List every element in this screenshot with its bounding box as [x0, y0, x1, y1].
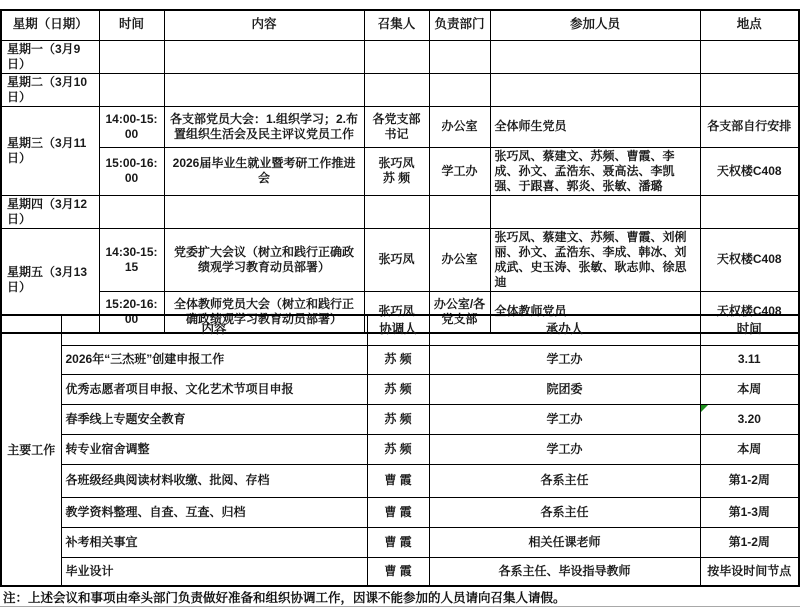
event-location: 各支部自行安排	[700, 106, 799, 147]
event-participants: 全体师生党员	[490, 106, 700, 147]
event-time: 14:30-15:15	[99, 228, 164, 291]
comment-flag-triangle-icon	[701, 405, 708, 412]
empty-cell	[700, 40, 799, 73]
empty-cell	[164, 73, 364, 106]
empty-cell	[364, 73, 429, 106]
empty-cell	[490, 40, 700, 73]
task-time: 3.20	[700, 404, 799, 434]
schedule-header-row: 星期（日期） 时间 内容 召集人 负责部门 参加人员 地点	[1, 10, 799, 40]
event-time: 15:00-16:00	[99, 147, 164, 195]
task-row: 春季线上专题安全教育 苏 频 学工办 3.20	[1, 404, 799, 434]
task-coordinator: 曹 霞	[367, 557, 429, 586]
task-coordinator: 曹 霞	[367, 497, 429, 527]
footer-note: 注：上述会议和事项由牵头部门负责做好准备和组织协调工作，因课不能参加的人员请向召…	[3, 588, 797, 606]
event-content: 各支部党员大会：1.组织学习；2.布置组织生活会及民主评议党员工作	[164, 106, 364, 147]
day-label-thursday: 星期四（3月12日）	[1, 195, 99, 228]
header-participants: 参加人员	[490, 10, 700, 40]
task-content: 转专业宿舍调整	[61, 434, 367, 464]
wednesday-row-1: 星期三（3月11日） 14:00-15:00 各支部党员大会：1.组织学习；2.…	[1, 106, 799, 147]
weekly-schedule-table: 星期（日期） 时间 内容 召集人 负责部门 参加人员 地点 星期一（3月9日） …	[0, 9, 800, 334]
empty-cell	[99, 195, 164, 228]
header-organizer: 承办人	[429, 315, 700, 345]
task-organizer: 各系主任	[429, 497, 700, 527]
task-content: 毕业设计	[61, 557, 367, 586]
task-time: 本周	[700, 374, 799, 404]
task-row: 优秀志愿者项目申报、文化艺术节项目申报 苏 频 院团委 本周	[1, 374, 799, 404]
main-tasks-table: 主要工作 内容 协调人 承办人 时间 2026年“三杰班”创建申报工作 苏 频 …	[0, 314, 800, 587]
event-content: 党委扩大会议（树立和践行正确政绩观学习教育动员部署）	[164, 228, 364, 291]
task-time: 第1-2周	[700, 464, 799, 497]
empty-cell	[429, 40, 490, 73]
spreadsheet-area: 星期（日期） 时间 内容 召集人 负责部门 参加人员 地点 星期一（3月9日） …	[0, 0, 800, 610]
event-department: 学工办	[429, 147, 490, 195]
empty-cell	[429, 73, 490, 106]
empty-cell	[364, 40, 429, 73]
empty-cell	[364, 195, 429, 228]
task-content: 教学资料整理、自查、互查、归档	[61, 497, 367, 527]
task-organizer: 学工办	[429, 404, 700, 434]
task-time: 第1-3周	[700, 497, 799, 527]
bottom-gridline	[0, 606, 800, 607]
event-department: 办公室	[429, 228, 490, 291]
task-time: 3.11	[700, 345, 799, 374]
tuesday-row: 星期二（3月10日）	[1, 73, 799, 106]
empty-cell	[700, 195, 799, 228]
task-row: 2026年“三杰班”创建申报工作 苏 频 学工办 3.11	[1, 345, 799, 374]
event-time: 14:00-15:00	[99, 106, 164, 147]
event-convener: 张巧凤 苏 频	[364, 147, 429, 195]
task-organizer: 各系主任	[429, 464, 700, 497]
task-coordinator: 苏 频	[367, 434, 429, 464]
header-department: 负责部门	[429, 10, 490, 40]
header-day: 星期（日期）	[1, 10, 99, 40]
task-row: 教学资料整理、自查、互查、归档 曹 霞 各系主任 第1-3周	[1, 497, 799, 527]
header-coordinator: 协调人	[367, 315, 429, 345]
tasks-header-row: 主要工作 内容 协调人 承办人 时间	[1, 315, 799, 345]
event-convener: 各党支部书记	[364, 106, 429, 147]
task-coordinator: 曹 霞	[367, 527, 429, 557]
header-convener: 召集人	[364, 10, 429, 40]
event-participants: 张巧凤、蔡建文、苏频、曹霞、刘俐丽、孙文、孟浩东、李成、韩冰、刘成武、史玉涛、张…	[490, 228, 700, 291]
task-row: 转专业宿舍调整 苏 频 学工办 本周	[1, 434, 799, 464]
event-department: 办公室	[429, 106, 490, 147]
day-label-monday: 星期一（3月9日）	[1, 40, 99, 73]
task-content: 2026年“三杰班”创建申报工作	[61, 345, 367, 374]
task-content: 优秀志愿者项目申报、文化艺术节项目申报	[61, 374, 367, 404]
event-content: 2026届毕业生就业暨考研工作推进会	[164, 147, 364, 195]
header-task-time: 时间	[700, 315, 799, 345]
task-row: 补考相关事宜 曹 霞 相关任课老师 第1-2周	[1, 527, 799, 557]
task-organizer: 各系主任、毕设指导教师	[429, 557, 700, 586]
task-coordinator: 曹 霞	[367, 464, 429, 497]
task-row: 各班级经典阅读材料收缴、批阅、存档 曹 霞 各系主任 第1-2周	[1, 464, 799, 497]
event-participants: 张巧凤、蔡建文、苏频、曹霞、李成、孙文、孟浩东、聂高法、李凯强、于跟喜、郭炎、张…	[490, 147, 700, 195]
day-label-wednesday: 星期三（3月11日）	[1, 106, 99, 195]
empty-cell	[164, 195, 364, 228]
task-content: 各班级经典阅读材料收缴、批阅、存档	[61, 464, 367, 497]
event-convener: 张巧凤	[364, 228, 429, 291]
empty-cell	[490, 195, 700, 228]
event-location: 天权楼C408	[700, 147, 799, 195]
empty-cell	[429, 195, 490, 228]
task-organizer: 相关任课老师	[429, 527, 700, 557]
task-organizer: 院团委	[429, 374, 700, 404]
task-row: 毕业设计 曹 霞 各系主任、毕设指导教师 按毕设时间节点	[1, 557, 799, 586]
section-label-main-work: 主要工作	[1, 315, 61, 586]
thursday-row: 星期四（3月12日）	[1, 195, 799, 228]
task-content: 春季线上专题安全教育	[61, 404, 367, 434]
task-coordinator: 苏 频	[367, 404, 429, 434]
day-label-tuesday: 星期二（3月10日）	[1, 73, 99, 106]
task-organizer: 学工办	[429, 345, 700, 374]
task-time-value: 3.20	[738, 412, 761, 426]
task-time: 本周	[700, 434, 799, 464]
task-time: 按毕设时间节点	[700, 557, 799, 586]
empty-cell	[490, 73, 700, 106]
task-time: 第1-2周	[700, 527, 799, 557]
event-location: 天权楼C408	[700, 228, 799, 291]
task-coordinator: 苏 频	[367, 374, 429, 404]
header-location: 地点	[700, 10, 799, 40]
task-coordinator: 苏 频	[367, 345, 429, 374]
empty-cell	[99, 40, 164, 73]
task-organizer: 学工办	[429, 434, 700, 464]
friday-row-1: 星期五（3月13日） 14:30-15:15 党委扩大会议（树立和践行正确政绩观…	[1, 228, 799, 291]
header-content: 内容	[164, 10, 364, 40]
header-time: 时间	[99, 10, 164, 40]
empty-cell	[99, 73, 164, 106]
empty-cell	[164, 40, 364, 73]
empty-cell	[700, 73, 799, 106]
header-task-content: 内容	[61, 315, 367, 345]
wednesday-row-2: 15:00-16:00 2026届毕业生就业暨考研工作推进会 张巧凤 苏 频 学…	[1, 147, 799, 195]
monday-row: 星期一（3月9日）	[1, 40, 799, 73]
task-content: 补考相关事宜	[61, 527, 367, 557]
